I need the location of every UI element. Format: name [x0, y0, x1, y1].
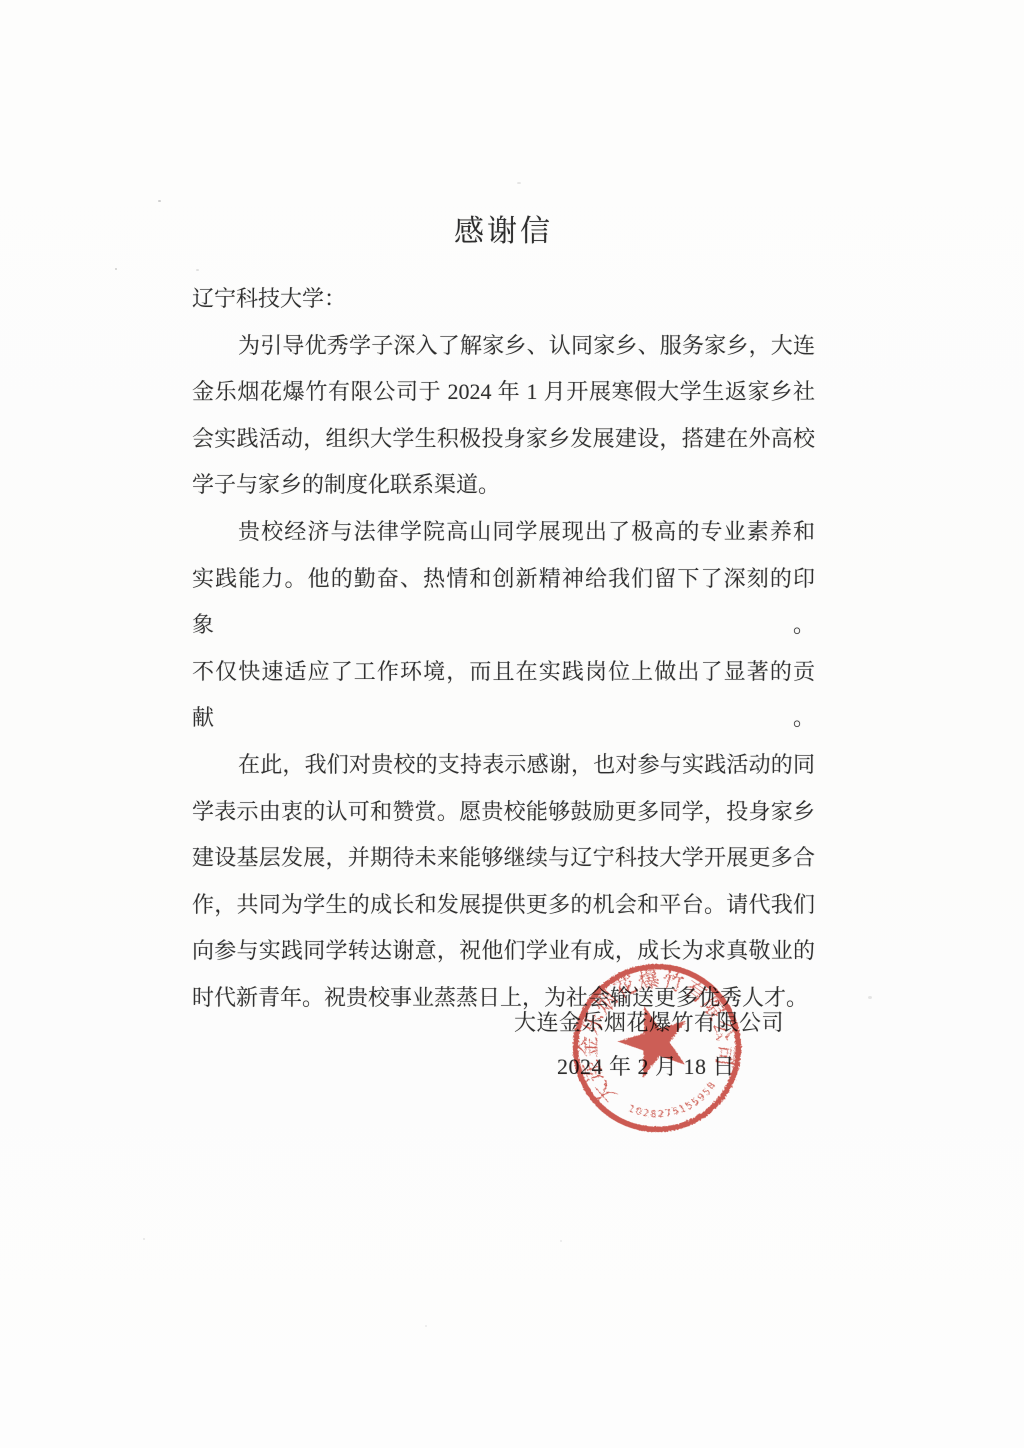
body-line: 在此，我们对贵校的支持表示感谢，也对参与实践活动的同 [192, 742, 815, 789]
body-line: 学子与家乡的制度化联系渠道。 [192, 462, 815, 509]
scan-speck [143, 1238, 145, 1240]
body-line: 金乐烟花爆竹有限公司于 2024 年 1 月开展寒假大学生返家乡社 [192, 369, 815, 416]
body-line: 建设基层发展，并期待未来能够继续与辽宁科技大学开展更多合 [192, 835, 815, 882]
letter-body: 辽宁科技大学： 为引导优秀学子深入了解家乡、认同家乡、服务家乡，大连金乐烟花爆竹… [192, 276, 815, 1022]
salutation: 辽宁科技大学： [192, 276, 815, 323]
scan-speck [868, 996, 872, 999]
body-line: 学表示由衷的认可和赞赏。愿贵校能够鼓励更多同学，投身家乡 [192, 789, 815, 836]
scanned-letter-page: 感谢信 辽宁科技大学： 为引导优秀学子深入了解家乡、认同家乡、服务家乡，大连金乐… [0, 0, 1024, 1448]
body-line: 贵校经济与法律学院高山同学展现出了极高的专业素养和 [192, 509, 815, 556]
body-line: 不仅快速适应了工作环境，而且在实践岗位上做出了显著的贡献。 [192, 649, 815, 742]
body-line: 作，共同为学生的成长和发展提供更多的机会和平台。请代我们 [192, 882, 815, 929]
body-line: 会实践活动，组织大学生积极投身家乡发展建设，搭建在外高校 [192, 416, 815, 463]
body-line: 为引导优秀学子深入了解家乡、认同家乡、服务家乡，大连 [192, 323, 815, 370]
letter-title: 感谢信 [192, 206, 815, 250]
scan-speck [425, 1325, 427, 1327]
scan-speck [115, 268, 117, 270]
scan-speck [517, 182, 521, 184]
star-icon [610, 996, 698, 1082]
scan-speck [196, 269, 199, 271]
body-line: 实践能力。他的勤奋、热情和创新精神给我们留下了深刻的印象。 [192, 556, 815, 649]
company-seal: 大连金乐烟花爆竹有限公司 210282751559585 [540, 931, 774, 1165]
scan-speck [560, 1240, 562, 1242]
scan-speck [158, 200, 161, 202]
